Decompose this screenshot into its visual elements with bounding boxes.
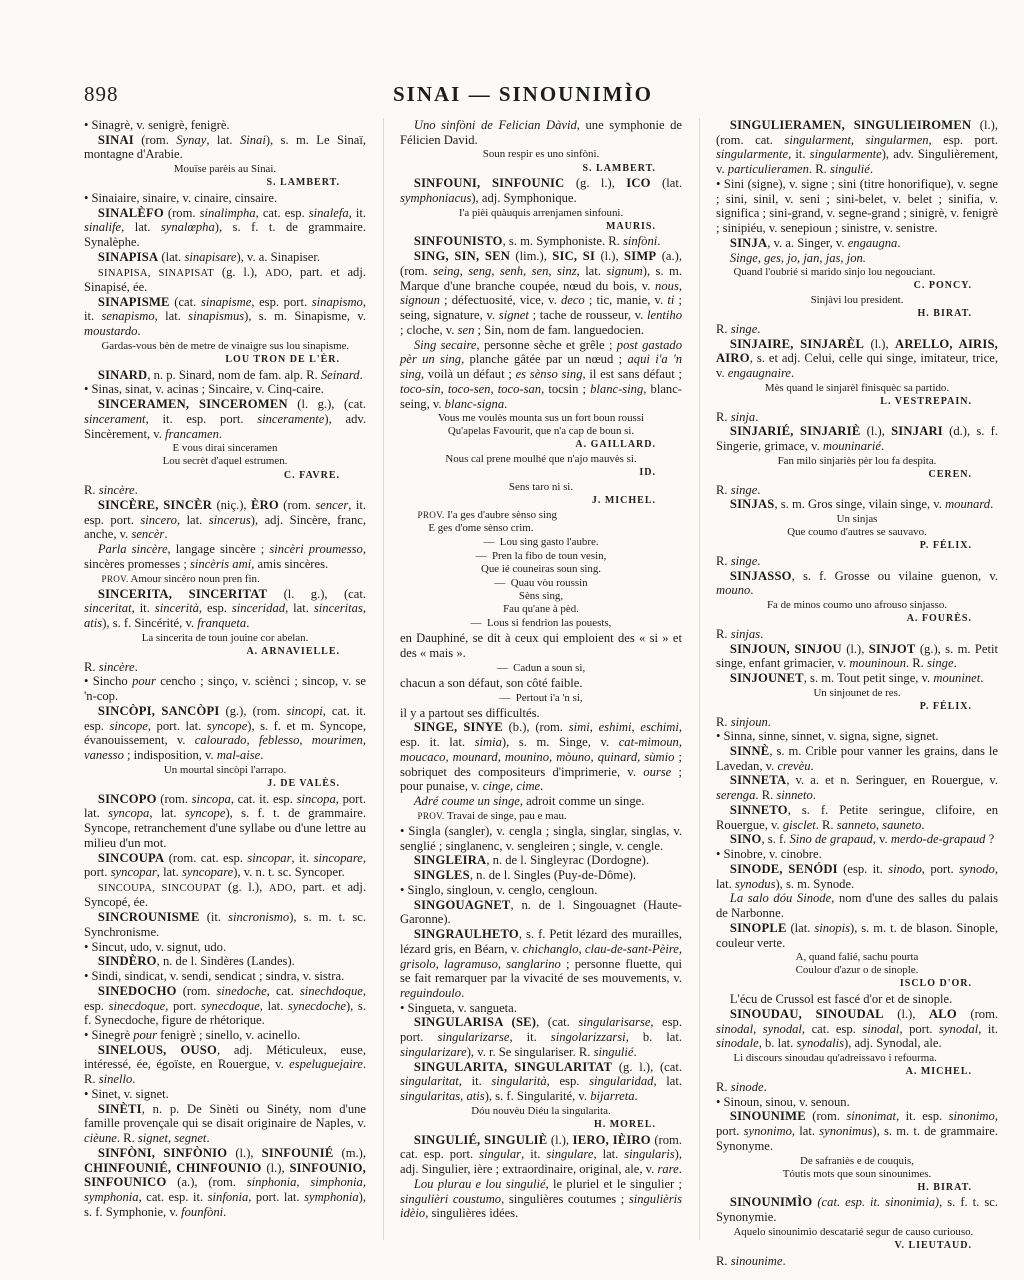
entry-paragraph: SINJAIRE, SINJARÈL (l.), ARELLO, AIRIS, … [716,337,998,381]
quote-line: Fau qu'ane à pèd. [400,603,682,616]
entry-paragraph: R. sincère. [84,660,366,675]
quote-block: Fan milo sinjariès pèr lou fa despita. [716,455,998,468]
quote-line: Fa de minos coumo uno afrouso sinjasso. [716,599,998,612]
attribution: LOU TRON DE L'ÈR. [84,354,366,366]
quote-line: Un sinjounet de res. [716,687,998,700]
attribution: A. FOURÈS. [716,613,998,625]
entry-paragraph: • Sinet, v. signet. [84,1087,366,1102]
entry-paragraph: SINJARIÉ, SINJARIÈ (l.), SINJARI (d.), s… [716,424,998,453]
entry-paragraph: SINELOUS, OUSO, adj. Méticuleux, euse, i… [84,1043,366,1087]
quote-line: La sincerita de toun jouine cor abelan. [84,632,366,645]
entry-paragraph: R. sinjas. [716,627,998,642]
quote-block: Soun respir es uno sinfòni. [400,148,682,161]
quote-block: Sens taro ni si. [400,481,682,494]
entry-paragraph: SINALÈFO (rom. sinalimpha, cat. esp. sin… [84,206,366,250]
entry-paragraph: R. sinja. [716,410,998,425]
quote-block: Nous cal prene moulhé que n'ajo mauvès s… [400,453,682,466]
quote-block: La sincerita de toun jouine cor abelan. [84,632,366,645]
entry-paragraph: SINCROUNISME (it. sincronismo), s. m. t.… [84,910,366,939]
attribution: H. BIRAT. [716,308,998,320]
entry-paragraph: Adré coume un singe, adroit comme un sin… [400,794,682,809]
running-header: SINAI — SINOUNIMÌO [84,82,962,107]
entry-paragraph: SINJOUNET, s. m. Tout petit singe, v. mo… [716,671,998,686]
quote-block: Aquelo sinounimìo descatarié segur de ca… [716,1226,998,1239]
entry-paragraph: SINOUNIMÌO (cat. esp. it. sinonimia), s.… [716,1195,998,1224]
quote-line: Vous me voulès mounta sus un fort boun r… [400,412,682,425]
quote-line: Soun respir es uno sinfòni. [400,148,682,161]
quote-line: E vous dirai sinceramen [84,442,366,455]
entry-paragraph: SINJOUN, SINJOU (l.), SINJOT (g.), s. m.… [716,642,998,671]
entry-paragraph: SINOUDAU, SINOUDAL (l.), ALO (rom. sinod… [716,1007,998,1051]
quote-block: Sinjàvi lou president. [716,294,998,307]
entry-paragraph: • Singueta, v. sangueta. [400,1001,682,1016]
quote-line: Nous cal prene moulhé que n'ajo mauvès s… [400,453,682,466]
quote-block: — Lou sing gasto l'aubre. [400,536,682,549]
entry-paragraph: SINGULARITA, SINGULARITAT (g. l.), (cat.… [400,1060,682,1104]
entry-paragraph: SINNÈ, s. m. Crible pour vanner les grai… [716,744,998,773]
entry-paragraph: R. sincère. [84,483,366,498]
quote-line: E ges d'ome sènso crim. [417,522,682,535]
quote-line: Que coumo d'autres se sauvavo. [716,526,998,539]
entry-paragraph: L'écu de Crussol est fascé d'or et de si… [716,992,998,1007]
entry-paragraph: SINCOUPA, SINCOUPAT (g. l.), ADO, part. … [84,880,366,910]
entry-paragraph: SINGRAULHETO, s. f. Petit lézard des mur… [400,927,682,1001]
dictionary-page: 898 SINAI — SINOUNIMÌO • Sinagrè, v. sen… [0,0,1024,1280]
attribution: A. GAILLARD. [400,439,682,451]
entry-paragraph: SINEDOCHO (rom. sinedoche, cat. sinechdo… [84,984,366,1028]
entry-paragraph: SINCERAMEN, SINCEROMEN (l. g.), (cat. si… [84,397,366,441]
entry-paragraph: R. singe. [716,322,998,337]
entry-paragraph: SINFÒNI, SINFÒNIO (l.), SINFOUNIÉ (m.), … [84,1146,366,1220]
quote-line: Dóu nouvèu Diéu la singularita. [400,1105,682,1118]
entry-paragraph: R. sinode. [716,1080,998,1095]
quote-block: Fa de minos coumo uno afrouso sinjasso. [716,599,998,612]
quote-block: Dóu nouvèu Diéu la singularita. [400,1105,682,1118]
entry-paragraph: SINCÈRE, SINCÈR (niç.), ÈRO (rom. sencer… [84,498,366,542]
entry-paragraph: SINOPLE (lat. sinopis), s. m. t. de blas… [716,921,998,950]
entry-paragraph: SINCOUPA (rom. cat. esp. sincopar, it. s… [84,851,366,880]
entry-paragraph: SINGE, SINYE (b.), (rom. simi, eshimi, e… [400,720,682,794]
quote-line: I'a pièi quàuquis arrenjamen sinfouni. [400,207,682,220]
attribution: V. LIEUTAUD. [716,1240,998,1252]
attribution: ID. [400,467,682,479]
entry-paragraph: • Sini (signe), v. signe ; sini (titre h… [716,177,998,236]
entry-paragraph: SINNETA, v. a. et n. Seringuer, en Rouer… [716,773,998,802]
quote-line: — Pren la fibo de toun vesin, [400,550,682,563]
entry-paragraph: Sing secaire, personne sèche et grêle ; … [400,338,682,412]
entry-paragraph: La salo dóu Sinode, nom d'une des salles… [716,891,998,920]
text-columns: • Sinagrè, v. senigrè, fenigrè.SINAI (ro… [84,118,964,1240]
quote-line: Li discours sinoudau qu'adreissavo i ref… [733,1052,998,1065]
entry-paragraph: SINJASSO, s. f. Grosse ou vilaine guenon… [716,569,998,598]
entry-paragraph: SINGOUAGNET, n. de l. Singouagnet (Haute… [400,898,682,927]
quote-block: Un sinjasQue coumo d'autres se sauvavo. [716,513,998,539]
entry-paragraph: R. sinounime. [716,1254,998,1269]
page-header: 898 SINAI — SINOUNIMÌO [84,82,962,110]
entry-paragraph: Parla sincère, langage sincère ; sincèri… [84,542,366,571]
entry-paragraph: SINCÒPI, SANCÒPI (g.), (rom. sincopi, ca… [84,704,366,763]
entry-paragraph: SINNETO, s. f. Petite seringue, clifoire… [716,803,998,832]
quote-block: De safraniès e de couquis,Tóutis mots qu… [716,1155,998,1181]
quote-line: Que ié couneiras soun sing. [400,563,682,576]
quote-block: PROV. I'a ges d'aubre sènso sing E ges d… [400,509,682,535]
quote-block: — Cadun a soun si, [400,662,682,675]
entry-paragraph: SINOUNIME (rom. sinonimat, it. esp. sino… [716,1109,998,1153]
quote-line: PROV. Travai de singe, pau e mau. [417,810,682,823]
entry-paragraph: • Sincho pour cencho ; sinço, v. sciènci… [84,674,366,703]
quote-line: — Pertout i'a 'n si, [400,692,682,705]
quote-line: Mès quand le sinjarèl finisquèc sa parti… [716,382,998,395]
attribution: L. VESTREPAIN. [716,396,998,408]
quote-line: Fan milo sinjariès pèr lou fa despita. [716,455,998,468]
quote-block: PROV. Travai de singe, pau e mau. [400,810,682,823]
entry-paragraph: SINGLEIRA, n. de l. Singleyrac (Dordogne… [400,853,682,868]
entry-paragraph: • Sinagrè, v. senigrè, fenigrè. [84,118,366,133]
attribution: MAURIS. [400,221,682,233]
entry-paragraph: • Singla (sangler), v. cengla ; singla, … [400,824,682,853]
entry-paragraph: Uno sinfòni de Felician Dàvid, une symph… [400,118,682,147]
quote-block: — Pertout i'a 'n si, [400,692,682,705]
quote-block: Li discours sinoudau qu'adreissavo i ref… [716,1052,998,1065]
entry-paragraph: SINDÈRO, n. de l. Sindères (Landes). [84,954,366,969]
quote-line: PROV. I'a ges d'aubre sènso sing [417,509,682,522]
quote-line: Quand l'oubrié si marido sinjo lou negou… [733,266,998,279]
quote-line: — Cadun a soun si, [400,662,682,675]
entry-paragraph: en Dauphiné, se dit à ceux qui emploient… [400,631,682,660]
column-right: SINGULIERAMEN, SINGULIEIROMEN (l.), (rom… [699,118,998,1240]
quote-line: Un sinjas [716,513,998,526]
entry-paragraph: SINAI (rom. Synay, lat. Sinai), s. m. Le… [84,133,366,162]
quote-line: — Lous si fendrion las pouests, [400,617,682,630]
quote-line: Sèns sing, [400,590,682,603]
quote-block: Un sinjounet de res. [716,687,998,700]
entry-paragraph: SINGULIÉ, SINGULIÈ (l.), IERO, IÈIRO (ro… [400,1133,682,1177]
quote-line: Aquelo sinounimìo descatarié segur de ca… [733,1226,998,1239]
entry-paragraph: • Sincut, udo, v. signut, udo. [84,940,366,955]
attribution: P. FÉLIX. [716,701,998,713]
entry-paragraph: R. singe. [716,483,998,498]
entry-paragraph: • Singlo, singloun, v. cenglo, cengloun. [400,883,682,898]
entry-paragraph: SINO, s. f. Sino de grapaud, v. merdo-de… [716,832,998,847]
entry-paragraph: SINFOUNI, SINFOUNIC (g. l.), ICO (lat. s… [400,176,682,205]
entry-paragraph: SINAPISA, SINAPISAT (g. l.), ADO, part. … [84,265,366,295]
quote-block: Gardas-vous bèn de metre de vinaigre sus… [84,340,366,353]
entry-paragraph: SINGULIERAMEN, SINGULIEIROMEN (l.), (rom… [716,118,998,177]
quote-line: PROV. Amour sincèro noun pren fin. [101,573,366,586]
attribution: S. LAMBERT. [84,177,366,189]
quote-line: Gardas-vous bèn de metre de vinaigre sus… [101,340,366,353]
attribution: A. MICHEL. [716,1066,998,1078]
attribution: S. LAMBERT. [400,163,682,175]
quote-block: Vous me voulès mounta sus un fort boun r… [400,412,682,438]
entry-paragraph: Lou plurau e lou singulié, le pluriel et… [400,1177,682,1221]
entry-paragraph: chacun a son défaut, son côté faible. [400,676,682,691]
quote-block: Quand l'oubrié si marido sinjo lou negou… [716,266,998,279]
entry-paragraph: R. singe. [716,554,998,569]
attribution: H. BIRAT. [716,1182,998,1194]
quote-block: PROV. Amour sincèro noun pren fin. [84,573,366,586]
entry-paragraph: • Sinna, sinne, sinnet, v. signa, signe,… [716,729,998,744]
entry-paragraph: SINJAS, s. m. Gros singe, vilain singe, … [716,497,998,512]
attribution: A. ARNAVIELLE. [84,646,366,658]
quote-line: Tóutis mots que soun sinounimes. [716,1168,998,1181]
entry-paragraph: Singe, ges, jo, jan, jas, jon. [716,251,998,266]
quote-line: Mouïse parèis au Sinai. [84,163,366,176]
quote-line: Sinjàvi lou president. [716,294,998,307]
quote-block: E vous dirai sinceramenLou secrèt d'aque… [84,442,366,468]
quote-line: Coulour d'azur o de sinople. [716,964,998,977]
quote-block: A, quand falié, sachu pourtaCoulour d'az… [716,951,998,977]
entry-paragraph: • Sinobre, v. cinobre. [716,847,998,862]
attribution: J. DE VALÈS. [84,778,366,790]
quote-block: — Quau vòu roussinSèns sing,Fau qu'ane à… [400,577,682,616]
attribution: P. FÉLIX. [716,540,998,552]
quote-block: — Pren la fibo de toun vesin,Que ié coun… [400,550,682,576]
attribution: C. FAVRE. [84,470,366,482]
entry-paragraph: SINÈTI, n. p. De Sinèti ou Sinéty, nom d… [84,1102,366,1146]
entry-paragraph: SINODE, SENÓDI (esp. it. sinodo, port. s… [716,862,998,891]
entry-paragraph: il y a partout ses difficultés. [400,706,682,721]
column-left: • Sinagrè, v. senigrè, fenigrè.SINAI (ro… [84,118,366,1240]
quote-block: — Lous si fendrion las pouests, [400,617,682,630]
quote-line: — Quau vòu roussin [400,577,682,590]
quote-line: — Lou sing gasto l'aubre. [400,536,682,549]
attribution: J. MICHEL. [400,495,682,507]
entry-paragraph: SINJA, v. a. Singer, v. engaugna. [716,236,998,251]
entry-paragraph: SINCERITA, SINCERITAT (l. g.), (cat. sin… [84,587,366,631]
quote-line: A, quand falié, sachu pourta [716,951,998,964]
attribution: H. MOREL. [400,1119,682,1131]
attribution: C. PONCY. [716,280,998,292]
column-center: Uno sinfòni de Felician Dàvid, une symph… [383,118,682,1240]
entry-paragraph: SINFOUNISTO, s. m. Symphoniste. R. sinfò… [400,234,682,249]
entry-paragraph: • Sinaiaire, sinaire, v. cinaire, cinsai… [84,191,366,206]
entry-paragraph: • Sinegrè pour fenigrè ; sinello, v. aci… [84,1028,366,1043]
quote-block: Un mourtal sincòpi l'arrapo. [84,764,366,777]
quote-line: Qu'apelas Favourit, que n'a cap de boun … [400,425,682,438]
quote-line: Un mourtal sincòpi l'arrapo. [84,764,366,777]
quote-line: Lou secrèt d'aquel estrumen. [84,455,366,468]
attribution: ISCLO D'OR. [716,978,998,990]
quote-line: Sens taro ni si. [400,481,682,494]
entry-paragraph: • Sinas, sinat, v. acinas ; Sincaire, v.… [84,382,366,397]
quote-block: Mouïse parèis au Sinai. [84,163,366,176]
entry-paragraph: SING, SIN, SEN (lim.), SIC, SI (l.), SIM… [400,249,682,337]
entry-paragraph: SINARD, n. p. Sinard, nom de fam. alp. R… [84,368,366,383]
entry-paragraph: • Sinoun, sinou, v. senoun. [716,1095,998,1110]
quote-line: De safraniès e de couquis, [716,1155,998,1168]
entry-paragraph: SINCOPO (rom. sincopa, cat. it. esp. sin… [84,792,366,851]
entry-paragraph: SINGLES, n. de l. Singles (Puy-de-Dôme). [400,868,682,883]
quote-block: Mès quand le sinjarèl finisquèc sa parti… [716,382,998,395]
entry-paragraph: SINAPISME (cat. sinapisme, esp. port. si… [84,295,366,339]
entry-paragraph: • Sindi, sindicat, v. sendi, sendicat ; … [84,969,366,984]
entry-paragraph: R. sinjoun. [716,715,998,730]
attribution: CEREN. [716,469,998,481]
quote-block: I'a pièi quàuquis arrenjamen sinfouni. [400,207,682,220]
entry-paragraph: SINGULARISA (SE), (cat. singularisarse, … [400,1015,682,1059]
entry-paragraph: SINAPISA (lat. sinapisare), v. a. Sinapi… [84,250,366,265]
